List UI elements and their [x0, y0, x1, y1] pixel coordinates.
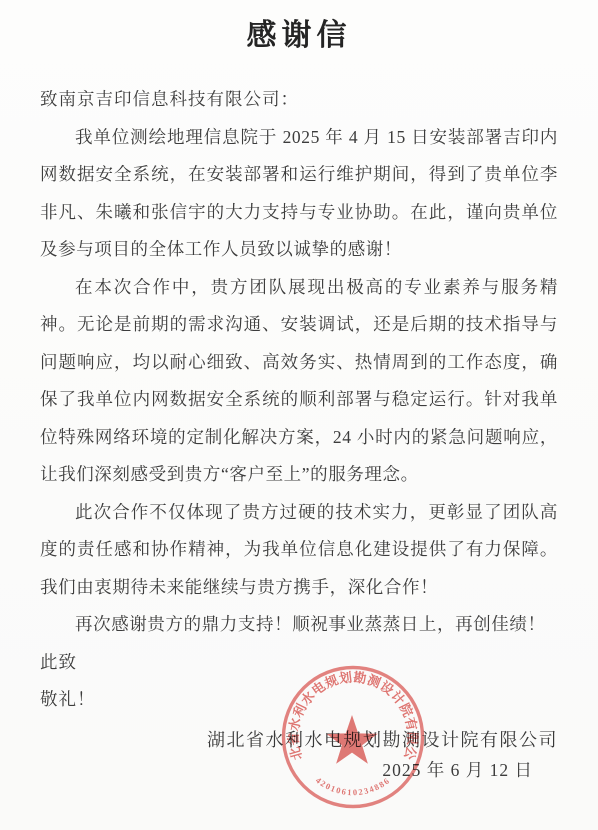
letter-title: 感谢信	[0, 16, 598, 56]
salutation-line: 致南京吉印信息科技有限公司：	[40, 81, 558, 119]
letter-page: 感谢信 致南京吉印信息科技有限公司： 我单位测绘地理信息院于 2025 年 4 …	[0, 0, 598, 830]
paragraph-4: 再次感谢贵方的鼎力支持！顺祝事业蒸蒸日上，再创佳绩！	[40, 606, 558, 644]
paragraph-2: 在本次合作中，贵方团队展现出极高的专业素养与服务精神。无论是前期的需求沟通、安装…	[40, 269, 558, 494]
letter-body: 致南京吉印信息科技有限公司： 我单位测绘地理信息院于 2025 年 4 月 15…	[0, 81, 598, 790]
closing-cizhi: 此致	[40, 644, 558, 682]
paragraph-1: 我单位测绘地理信息院于 2025 年 4 月 15 日安装部署吉印内网数据安全系…	[40, 119, 558, 269]
paragraph-3: 此次合作不仅体现了贵方过硬的技术实力，更彰显了团队高度的责任感和协作精神，为我单…	[40, 494, 558, 607]
closing-jingli: 敬礼！	[40, 681, 558, 719]
